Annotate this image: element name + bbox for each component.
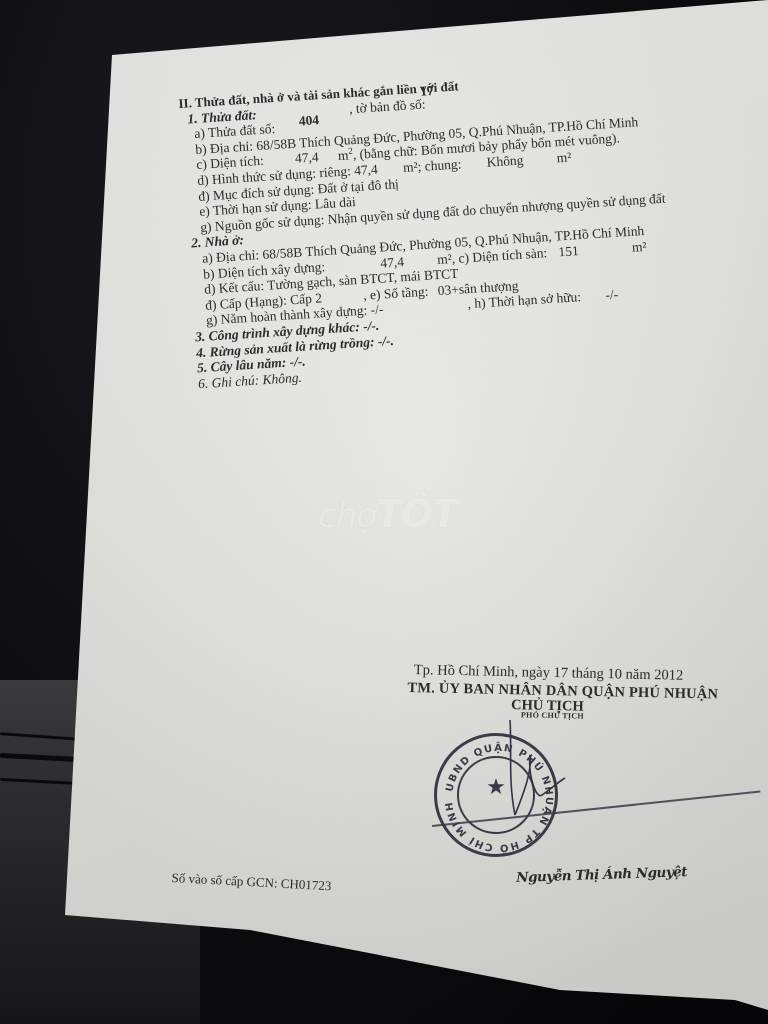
handwritten-signature — [470, 720, 570, 850]
completion-year-value: -/- — [370, 302, 384, 318]
area-value: 47,4 — [295, 150, 320, 166]
usage-shared-unit: m² — [556, 149, 571, 165]
watermark-right: TỐT — [376, 492, 457, 536]
grade-value: Cấp 2 — [290, 290, 323, 307]
ownership-term-value: -/- — [605, 287, 619, 303]
parcel-value: 404 — [298, 112, 319, 129]
floor-area-unit: m² — [631, 238, 646, 254]
signing-block: Tp. Hồ Chí Minh, ngày 17 tháng 10 năm 20… — [407, 662, 768, 725]
certificate-body: II. Thửa đất, nhà ở và tài sản khác gắn … — [178, 62, 736, 392]
build-area-value: 47,4 — [380, 254, 405, 270]
usage-shared-value: Không — [486, 152, 524, 169]
chotot-watermark: chợTỐT — [318, 492, 457, 536]
usage-private-value: 47,4 — [354, 162, 379, 178]
build-area-unit: m² — [437, 251, 452, 267]
floor-area-value: 151 — [558, 243, 579, 259]
map-sheet-value: 17 — [420, 83, 434, 99]
watermark-left: chợ — [318, 496, 376, 536]
